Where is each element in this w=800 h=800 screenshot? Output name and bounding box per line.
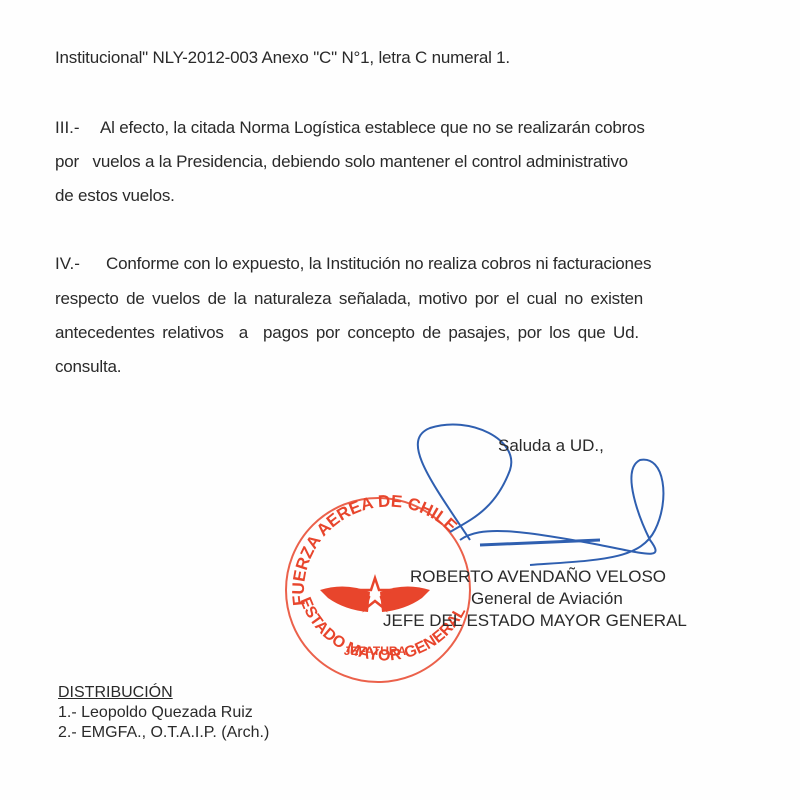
official-stamp: FUERZA AEREA DE CHILE ESTADO MAYOR GENER… (0, 0, 800, 800)
svg-text:FUERZA AEREA DE CHILE: FUERZA AEREA DE CHILE (289, 491, 461, 606)
stamp-top-text: FUERZA AEREA DE CHILE (289, 491, 461, 606)
distribution-title: DISTRIBUCIÓN (58, 684, 173, 702)
distribution-item: 1.- Leopoldo Quezada Ruiz (58, 704, 253, 722)
closing-salutation: Saluda a UD., (498, 436, 604, 456)
distribution-item: 2.- EMGFA., O.T.A.I.P. (Arch.) (58, 724, 269, 742)
stamp-center-text: JEFATURA (344, 644, 407, 658)
signatory-position: JEFE DEL ESTADO MAYOR GENERAL (383, 611, 687, 631)
signatory-name: ROBERTO AVENDAÑO VELOSO (410, 567, 666, 587)
signatory-rank: General de Aviación (471, 589, 623, 609)
